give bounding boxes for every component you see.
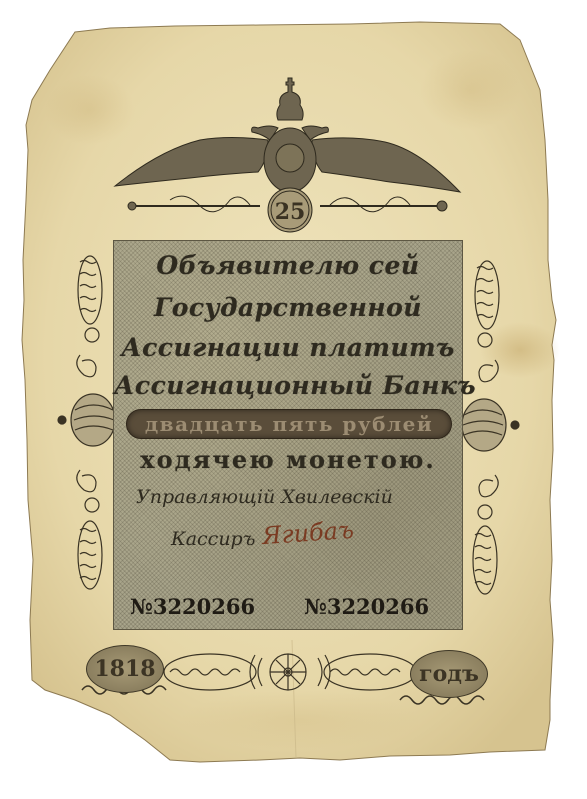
text-line-2: Государственной <box>114 293 462 322</box>
text-line-4: Ассигнационный Банкъ <box>114 371 462 400</box>
manager-signature: Управляющій Хвилевскій <box>136 486 393 508</box>
currency-line: ходячею монетою. <box>114 445 462 474</box>
year-oval-left: 1818 <box>86 645 164 693</box>
year-oval-right: годъ <box>410 650 488 698</box>
amount-band: двадцать пять рублей <box>126 409 452 439</box>
cashier-signature: Ягибаъ <box>261 516 355 550</box>
denomination-medallion: 25 <box>275 199 306 225</box>
serial-number-left: №3220266 <box>130 594 255 619</box>
text-panel: Объявителю сей Государственной Ассигнаци… <box>113 240 463 630</box>
amount-text: двадцать пять рублей <box>127 412 451 436</box>
serial-number-right: №3220266 <box>304 594 429 619</box>
cashier-label: Кассиръ <box>171 528 255 550</box>
text-line-1: Объявителю сей <box>114 251 462 280</box>
text-line-3: Ассигнации платитъ <box>114 333 462 362</box>
banknote: 25 <box>0 0 587 799</box>
